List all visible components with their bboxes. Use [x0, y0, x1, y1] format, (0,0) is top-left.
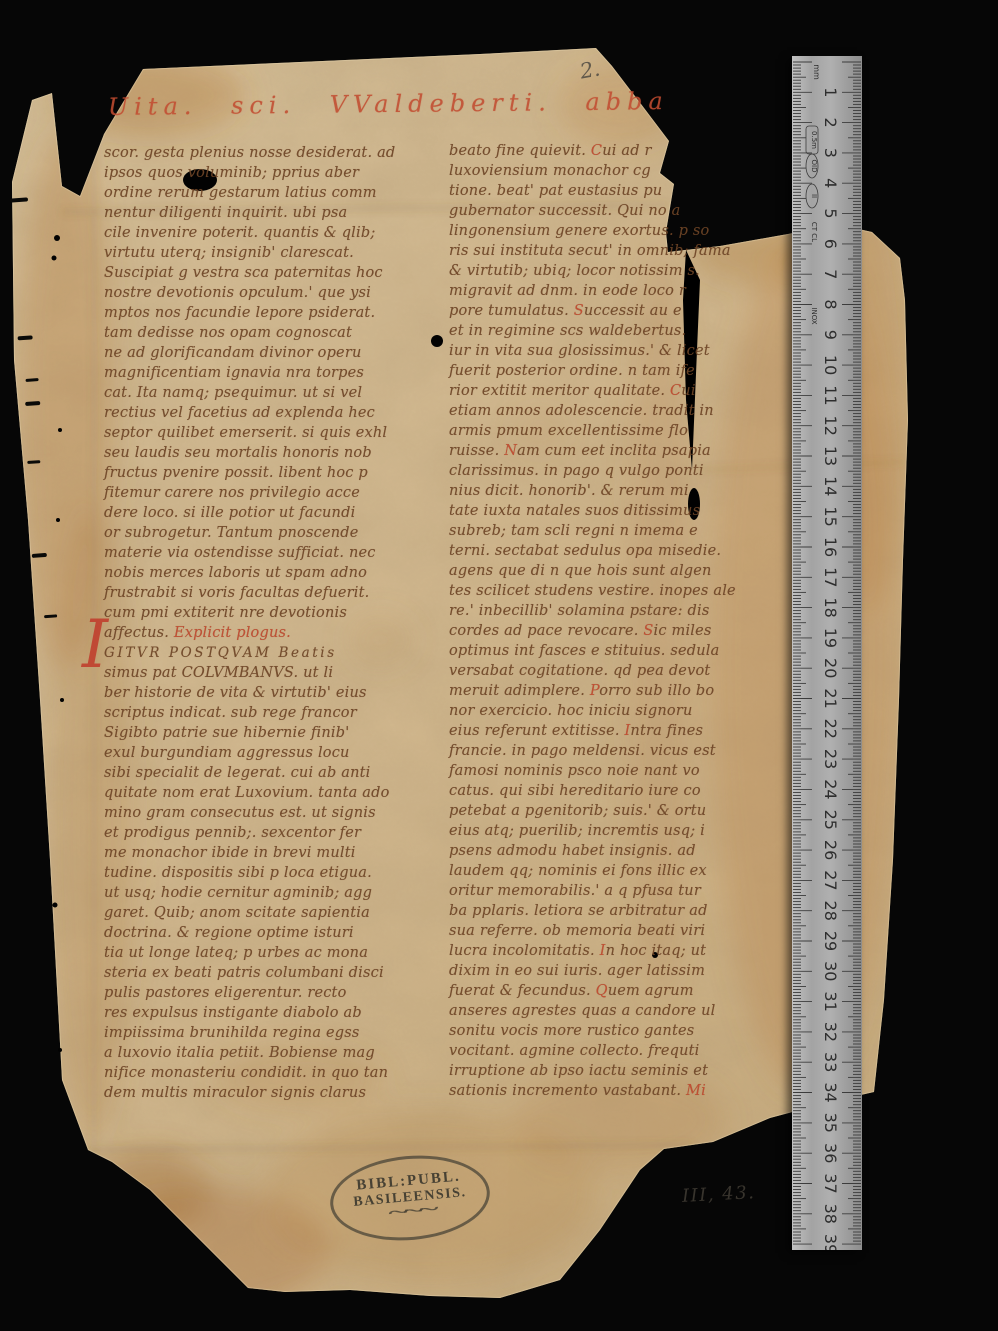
manuscript-line: ris sui instituta secut' in omnib; fama	[449, 241, 751, 261]
svg-text:29: 29	[821, 931, 840, 951]
manuscript-line: oritur memorabilis.' a q pfusa tur	[449, 881, 751, 901]
svg-text:3: 3	[821, 148, 840, 158]
ruler-scale: mm12345678910111213141516171819202122232…	[792, 56, 862, 1250]
svg-text:19: 19	[821, 628, 840, 648]
manuscript-line: lingonensium genere exortus. p so	[449, 221, 751, 241]
manuscript-line: tate iuxta natales suos ditissimus	[449, 501, 751, 521]
manuscript-line: garet. Quib; anom scitate sapientia	[104, 903, 442, 923]
manuscript-line: terni. sectabat sedulus opa misedie.	[449, 541, 751, 561]
svg-text:18: 18	[821, 597, 840, 617]
manuscript-line: Sigibto patrie sue hibernie finib'	[104, 723, 442, 743]
svg-text:4: 4	[821, 178, 840, 188]
manuscript-line: fuerat & fecundus. Quem agrum	[449, 981, 751, 1001]
manuscript-line: subreb; tam scli regni n imema e	[449, 521, 751, 541]
svg-text:6: 6	[821, 239, 840, 249]
manuscript-line: cordes ad pace revocare. Sic miles	[449, 621, 751, 641]
manuscript-line: dem multis miraculor signis clarus	[104, 1083, 442, 1103]
svg-text:23: 23	[821, 749, 840, 769]
svg-text:8: 8	[821, 299, 840, 309]
manuscript-line: et in regimine scs waldebertus.	[449, 321, 751, 341]
svg-text:24: 24	[821, 779, 840, 799]
manuscript-line: irruptione ab ipso iactu seminis et	[449, 1061, 751, 1081]
manuscript-line: gubernator successit. Qui no a	[449, 201, 751, 221]
svg-text:INOX: INOX	[810, 307, 818, 324]
manuscript-line: pulis pastores eligerentur. recto	[104, 983, 442, 1003]
manuscript-line: armis pmum excellentissime flo	[449, 421, 751, 441]
manuscript-line: & virtutib; ubiq; locor notissim s.	[449, 261, 751, 281]
manuscript-line: tam dedisse nos opam cognoscat	[104, 323, 442, 343]
rubric-drop-cap: I	[82, 612, 108, 678]
manuscript-line: affectus. Explicit plogus.	[104, 623, 442, 643]
manuscript-line: cum pmi extiterit nre devotionis	[104, 603, 442, 623]
manuscript-line: fructus pvenire possit. libent hoc p	[104, 463, 442, 483]
manuscript-line: dere loco. si ille potior ut facundi	[104, 503, 442, 523]
manuscript-line: sonitu vocis more rustico gantes	[449, 1021, 751, 1041]
manuscript-line: frustrabit si voris facultas defuerit.	[104, 583, 442, 603]
svg-text:11: 11	[821, 385, 840, 405]
svg-text:39: 39	[821, 1234, 840, 1250]
svg-text:33: 33	[821, 1052, 840, 1072]
svg-text:35: 35	[821, 1113, 840, 1133]
manuscript-line: scor. gesta plenius nosse desiderat. ad	[104, 143, 442, 163]
manuscript-line: eius atq; puerilib; incremtis usq; i	[449, 821, 751, 841]
manuscript-line: doctrina. & regione optime isturi	[104, 923, 442, 943]
manuscript-line: dixim in eo sui iuris. ager latissim	[449, 961, 751, 981]
manuscript-column-right: beato fine quievit. Cui ad rluxoviensium…	[449, 141, 751, 1101]
manuscript-line: clarissimus. in pago q vulgo ponti	[449, 461, 751, 481]
manuscript-line: laudem qq; nominis ei fons illic ex	[449, 861, 751, 881]
manuscript-line: nius dicit. honorib'. & rerum mi	[449, 481, 751, 501]
svg-text:II: II	[810, 194, 818, 198]
manuscript-line: ruisse. Nam cum eet inclita psapia	[449, 441, 751, 461]
manuscript-line: tes scilicet studens vestire. inopes ale	[449, 581, 751, 601]
svg-text:32: 32	[821, 1022, 840, 1042]
svg-text:0.5m: 0.5m	[810, 131, 818, 149]
manuscript-line: versabat cogitatione. qd pea devot	[449, 661, 751, 681]
manuscript-line: meruit adimplere. Porro sub illo bo	[449, 681, 751, 701]
svg-text:37: 37	[821, 1173, 840, 1193]
svg-text:12: 12	[821, 416, 840, 436]
svg-text:30: 30	[821, 961, 840, 981]
svg-text:7: 7	[821, 269, 840, 279]
manuscript-line: sationis incremento vastabant. Mi	[449, 1081, 751, 1101]
manuscript-line: res expulsus instigante diabolo ab	[104, 1003, 442, 1023]
manuscript-line: impiissima brunihilda regina egss	[104, 1023, 442, 1043]
svg-text:10: 10	[821, 355, 840, 375]
manuscript-line: ut usq; hodie cernitur agminib; agg	[104, 883, 442, 903]
manuscript-line: tudine. dispositis sibi p loca etigua.	[104, 863, 442, 883]
manuscript-line: GITVR POSTQVAM Beatis	[104, 643, 442, 663]
manuscript-line: etiam annos adolescencie. tradit in	[449, 401, 751, 421]
manuscript-line: ber historie de vita & virtutib' eius	[104, 683, 442, 703]
manuscript-line: psens admodu habet insignis. ad	[449, 841, 751, 861]
folio-page-number: 2.	[578, 56, 602, 83]
manuscript-line: nobis merces laboris ut spam adno	[104, 563, 442, 583]
manuscript-line: beato fine quievit. Cui ad r	[449, 141, 751, 161]
manuscript-line: luxoviensium monachor cg	[449, 161, 751, 181]
manuscript-line: fitemur carere nos privilegio acce	[104, 483, 442, 503]
manuscript-line: ne ad glorificandam divinor operu	[104, 343, 442, 363]
manuscript-line: or subrogetur. Tantum pnoscende	[104, 523, 442, 543]
svg-text:OID: OID	[810, 160, 818, 173]
manuscript-line: materie via ostendisse sufficiat. nec	[104, 543, 442, 563]
manuscript-line: Suscipiat g vestra sca paternitas hoc	[104, 263, 442, 283]
manuscript-line: lucra incolomitatis. In hoc itaq; ut	[449, 941, 751, 961]
manuscript-line: steria ex beati patris columbani disci	[104, 963, 442, 983]
svg-text:17: 17	[821, 567, 840, 587]
svg-text:28: 28	[821, 901, 840, 921]
photograph-of-manuscript: Uita. sci. VValdeberti. abbat 2. scor. g…	[0, 0, 998, 1331]
svg-text:36: 36	[821, 1143, 840, 1163]
svg-text:34: 34	[821, 1082, 840, 1102]
rubric-title: Uita. sci. VValdeberti. abbat	[108, 87, 670, 133]
svg-text:38: 38	[821, 1204, 840, 1224]
manuscript-line: septor quilibet emerserit. si quis exhl	[104, 423, 442, 443]
svg-text:14: 14	[821, 476, 840, 496]
svg-text:26: 26	[821, 840, 840, 860]
svg-text:2: 2	[821, 118, 840, 128]
manuscript-line: tione. beat' pat eustasius pu	[449, 181, 751, 201]
manuscript-line: sua referre. ob memoria beati viri	[449, 921, 751, 941]
svg-text:13: 13	[821, 446, 840, 466]
svg-text:15: 15	[821, 506, 840, 526]
manuscript-line: sibi specialit de legerat. cui ab anti	[104, 763, 442, 783]
manuscript-line: mptos nos facundie lepore psiderat.	[104, 303, 442, 323]
manuscript-line: exul burgundiam aggressus locu	[104, 743, 442, 763]
svg-text:27: 27	[821, 870, 840, 890]
manuscript-line: ba pplaris. letiora se arbitratur ad	[449, 901, 751, 921]
svg-text:25: 25	[821, 810, 840, 830]
manuscript-line: quitate nom erat Luxovium. tanta ado	[104, 783, 442, 803]
manuscript-line: me monachor ibide in brevi multi	[104, 843, 442, 863]
manuscript-line: re.' inbecillib' solamina pstare: dis	[449, 601, 751, 621]
manuscript-line: rior extitit meritor qualitate. Cui	[449, 381, 751, 401]
manuscript-line: seu laudis seu mortalis honoris nob	[104, 443, 442, 463]
manuscript-line: tia ut longe lateq; p urbes ac mona	[104, 943, 442, 963]
manuscript-line: pore tumulatus. Successit au e	[449, 301, 751, 321]
svg-text:mm: mm	[812, 64, 821, 80]
manuscript-line: anseres agrestes quas a candore ul	[449, 1001, 751, 1021]
svg-text:31: 31	[821, 991, 840, 1011]
manuscript-line: ipsos quos voluminib; pprius aber	[104, 163, 442, 183]
manuscript-line: magnificentiam ignavia nra torpes	[104, 363, 442, 383]
manuscript-line: cat. Ita namq; psequimur. ut si vel	[104, 383, 442, 403]
manuscript-line: nifice monasteriu condidit. in quo tan	[104, 1063, 442, 1083]
svg-text:22: 22	[821, 719, 840, 739]
svg-text:CT CL: CT CL	[810, 222, 818, 242]
manuscript-line: virtutu uterq; insignib' clarescat.	[104, 243, 442, 263]
manuscript-line: agens que di n que hois sunt algen	[449, 561, 751, 581]
manuscript-line: migravit ad dnm. in eode loco r	[449, 281, 751, 301]
manuscript-line: mino gram consecutus est. ut signis	[104, 803, 442, 823]
svg-text:16: 16	[821, 537, 840, 557]
manuscript-line: petebat a pgenitorib; suis.' & ortu	[449, 801, 751, 821]
manuscript-line: eius referunt extitisse. Intra fines	[449, 721, 751, 741]
manuscript-line: nostre devotionis opculum.' que ysi	[104, 283, 442, 303]
svg-text:9: 9	[821, 330, 840, 340]
manuscript-line: catus. qui sibi hereditario iure co	[449, 781, 751, 801]
manuscript-line: vocitant. agmine collecto. frequti	[449, 1041, 751, 1061]
manuscript-line: simus pat COLVMBANVS. ut li	[104, 663, 442, 683]
manuscript-line: cile invenire poterit. quantis & qlib;	[104, 223, 442, 243]
manuscript-column-left: scor. gesta plenius nosse desiderat. adi…	[104, 143, 442, 1103]
manuscript-line: a luxovio italia petiit. Bobiense mag	[104, 1043, 442, 1063]
manuscript-line: iur in vita sua glosissimus.' & licet	[449, 341, 751, 361]
manuscript-line: nor exercicio. hoc iniciu signoru	[449, 701, 751, 721]
svg-text:20: 20	[821, 658, 840, 678]
manuscript-line: optimus int fasces e stituius. sedula	[449, 641, 751, 661]
svg-text:5: 5	[821, 208, 840, 218]
manuscript-line: scriptus indicat. sub rege francor	[104, 703, 442, 723]
svg-text:21: 21	[821, 688, 840, 708]
ruler: mm12345678910111213141516171819202122232…	[792, 56, 862, 1250]
svg-text:1: 1	[821, 87, 840, 97]
shelfmark: III, 43.	[682, 1182, 756, 1207]
manuscript-line: fuerit posterior ordine. n tam ife	[449, 361, 751, 381]
manuscript-line: famosi nominis psco noie nant vo	[449, 761, 751, 781]
manuscript-line: ordine rerum gestarum latius comm	[104, 183, 442, 203]
manuscript-line: francie. in pago meldensi. vicus est	[449, 741, 751, 761]
manuscript-line: rectius vel facetius ad explenda hec	[104, 403, 442, 423]
manuscript-line: nentur diligenti inquirit. ubi psa	[104, 203, 442, 223]
manuscript-line: et prodigus pennib;. sexcentor fer	[104, 823, 442, 843]
